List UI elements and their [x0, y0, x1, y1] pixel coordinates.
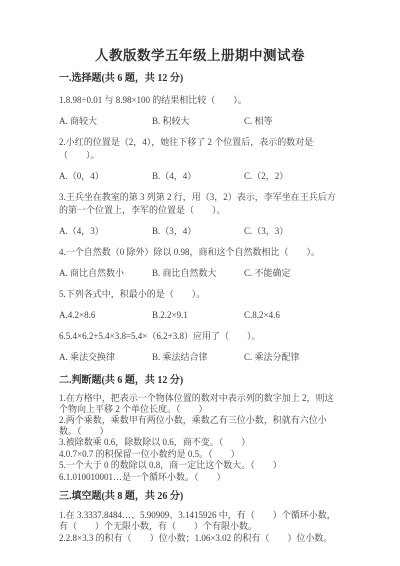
section-choice-questions: 一.选择题(共 6 题，共 12 分) 1.8.98÷0.01 与 8.98×1… [59, 73, 341, 364]
choice-question-4-options: A. 商比自然数小 B. 商比自然数大 C. 不能确定 [59, 267, 341, 280]
option-c: C.（2，2） [244, 170, 341, 183]
page-title: 人教版数学五年级上册期中测试卷 [59, 48, 341, 63]
choice-question-5-options: A.4.2×8.6 B.2.2×9.1 C.8.2×4.6 [59, 309, 341, 322]
choice-question-4-text: 4.一个自然数（0 除外）除以 0.98，商和这个自然数相比（ ）。 [59, 246, 341, 259]
choice-question-2-options: A.（0，4） B.（4，4） C.（2，2） [59, 170, 341, 183]
judgment-question-2-text: 2.两个乘数，乘数甲有两位小数，乘数乙有三位小数，积就有六位小数。（ ） [59, 415, 341, 436]
fill-blank-question-1-text: 1.在 3.3337.8484…、5.90909、3.1415926 中，有（ … [59, 510, 341, 532]
judgment-question-1-text: 1.在方格中，把表示一个物体位置的数对中表示列的数字加上 2，则这个物向上平移 … [59, 393, 341, 414]
choice-question-1-text: 1.8.98÷0.01 与 8.98×100 的结果相比较（ ）。 [59, 94, 341, 107]
choice-question-2-text: 2.小红的位置是（2，4），她往下移了 2 个位置后，表示的数对是（ ）。 [59, 136, 341, 162]
option-c: C.（3，3） [244, 225, 341, 238]
section-judgment-questions: 二.判断题(共 6 题，共 12 分) 1.在方格中，把表示一个物体位置的数对中… [59, 375, 341, 482]
option-c: C. 相等 [244, 115, 341, 128]
choice-question-6-options: A. 乘法交换律 B. 乘法结合律 C. 乘法分配律 [59, 351, 341, 364]
option-a: A. 乘法交换律 [59, 351, 152, 364]
option-a: A. 商比自然数小 [59, 267, 152, 280]
judgment-question-5-text: 5.一个大于 0 的数除以 0.8，商一定比这个数大。（ ） [59, 460, 341, 471]
option-c: C.8.2×4.6 [244, 309, 341, 322]
option-a: A.（0，4） [59, 170, 152, 183]
section-fill-blank-questions: 三.填空题(共 8 题，共 26 分) 1.在 3.3337.8484…、5.9… [59, 491, 341, 544]
choice-question-3-text: 3.王兵坐在教室的第 3 列第 2 行，用（3，2）表示，李军坐在王兵后方的第一… [59, 191, 341, 217]
option-c: C. 乘法分配律 [244, 351, 341, 364]
option-b: B. 商比自然数大 [152, 267, 244, 280]
page-content: 人教版数学五年级上册期中测试卷 一.选择题(共 6 题，共 12 分) 1.8.… [59, 48, 341, 544]
section-heading-judgment: 二.判断题(共 6 题，共 12 分) [59, 375, 341, 387]
choice-question-1-options: A. 商较大 B. 积较大 C. 相等 [59, 115, 341, 128]
option-a: A.4.2×8.6 [59, 309, 152, 322]
option-c: C. 不能确定 [244, 267, 341, 280]
option-b: B. 乘法结合律 [152, 351, 244, 364]
option-b: B.（4，4） [152, 170, 244, 183]
option-b: B.（3，4） [152, 225, 244, 238]
option-a: A. 商较大 [59, 115, 152, 128]
fill-blank-question-2-text: 2.2.8×3.3 的积有（ ）位小数；1.06×3.02 的积有（ ）位小数。 [59, 533, 341, 544]
judgment-question-3-text: 3.被除数乘 0.6，除数除以 0.6，商不变。（ ） [59, 437, 341, 448]
judgment-question-6-text: 6.1.010010001…是一个循环小数。（ ） [59, 472, 341, 483]
section-heading-fill-blank: 三.填空题(共 8 题，共 26 分) [59, 491, 341, 503]
judgment-question-4-text: 4.0.7×0.7 的积保留一位小数约是 0.5。（ ） [59, 449, 341, 460]
option-b: B. 积较大 [152, 115, 244, 128]
option-b: B.2.2×9.1 [152, 309, 244, 322]
test-paper-page: 人教版数学五年级上册期中测试卷 一.选择题(共 6 题，共 12 分) 1.8.… [0, 0, 400, 566]
choice-question-5-text: 5.下列各式中，积最小的是（ ）。 [59, 288, 341, 301]
option-a: A.（4，3） [59, 225, 152, 238]
choice-question-6-text: 6.5.4×6.2+5.4×3.8=5.4×（6.2+3.8）应用了（ ）。 [59, 330, 341, 343]
choice-question-3-options: A.（4，3） B.（3，4） C.（3，3） [59, 225, 341, 238]
section-heading-choice: 一.选择题(共 6 题，共 12 分) [59, 73, 341, 85]
